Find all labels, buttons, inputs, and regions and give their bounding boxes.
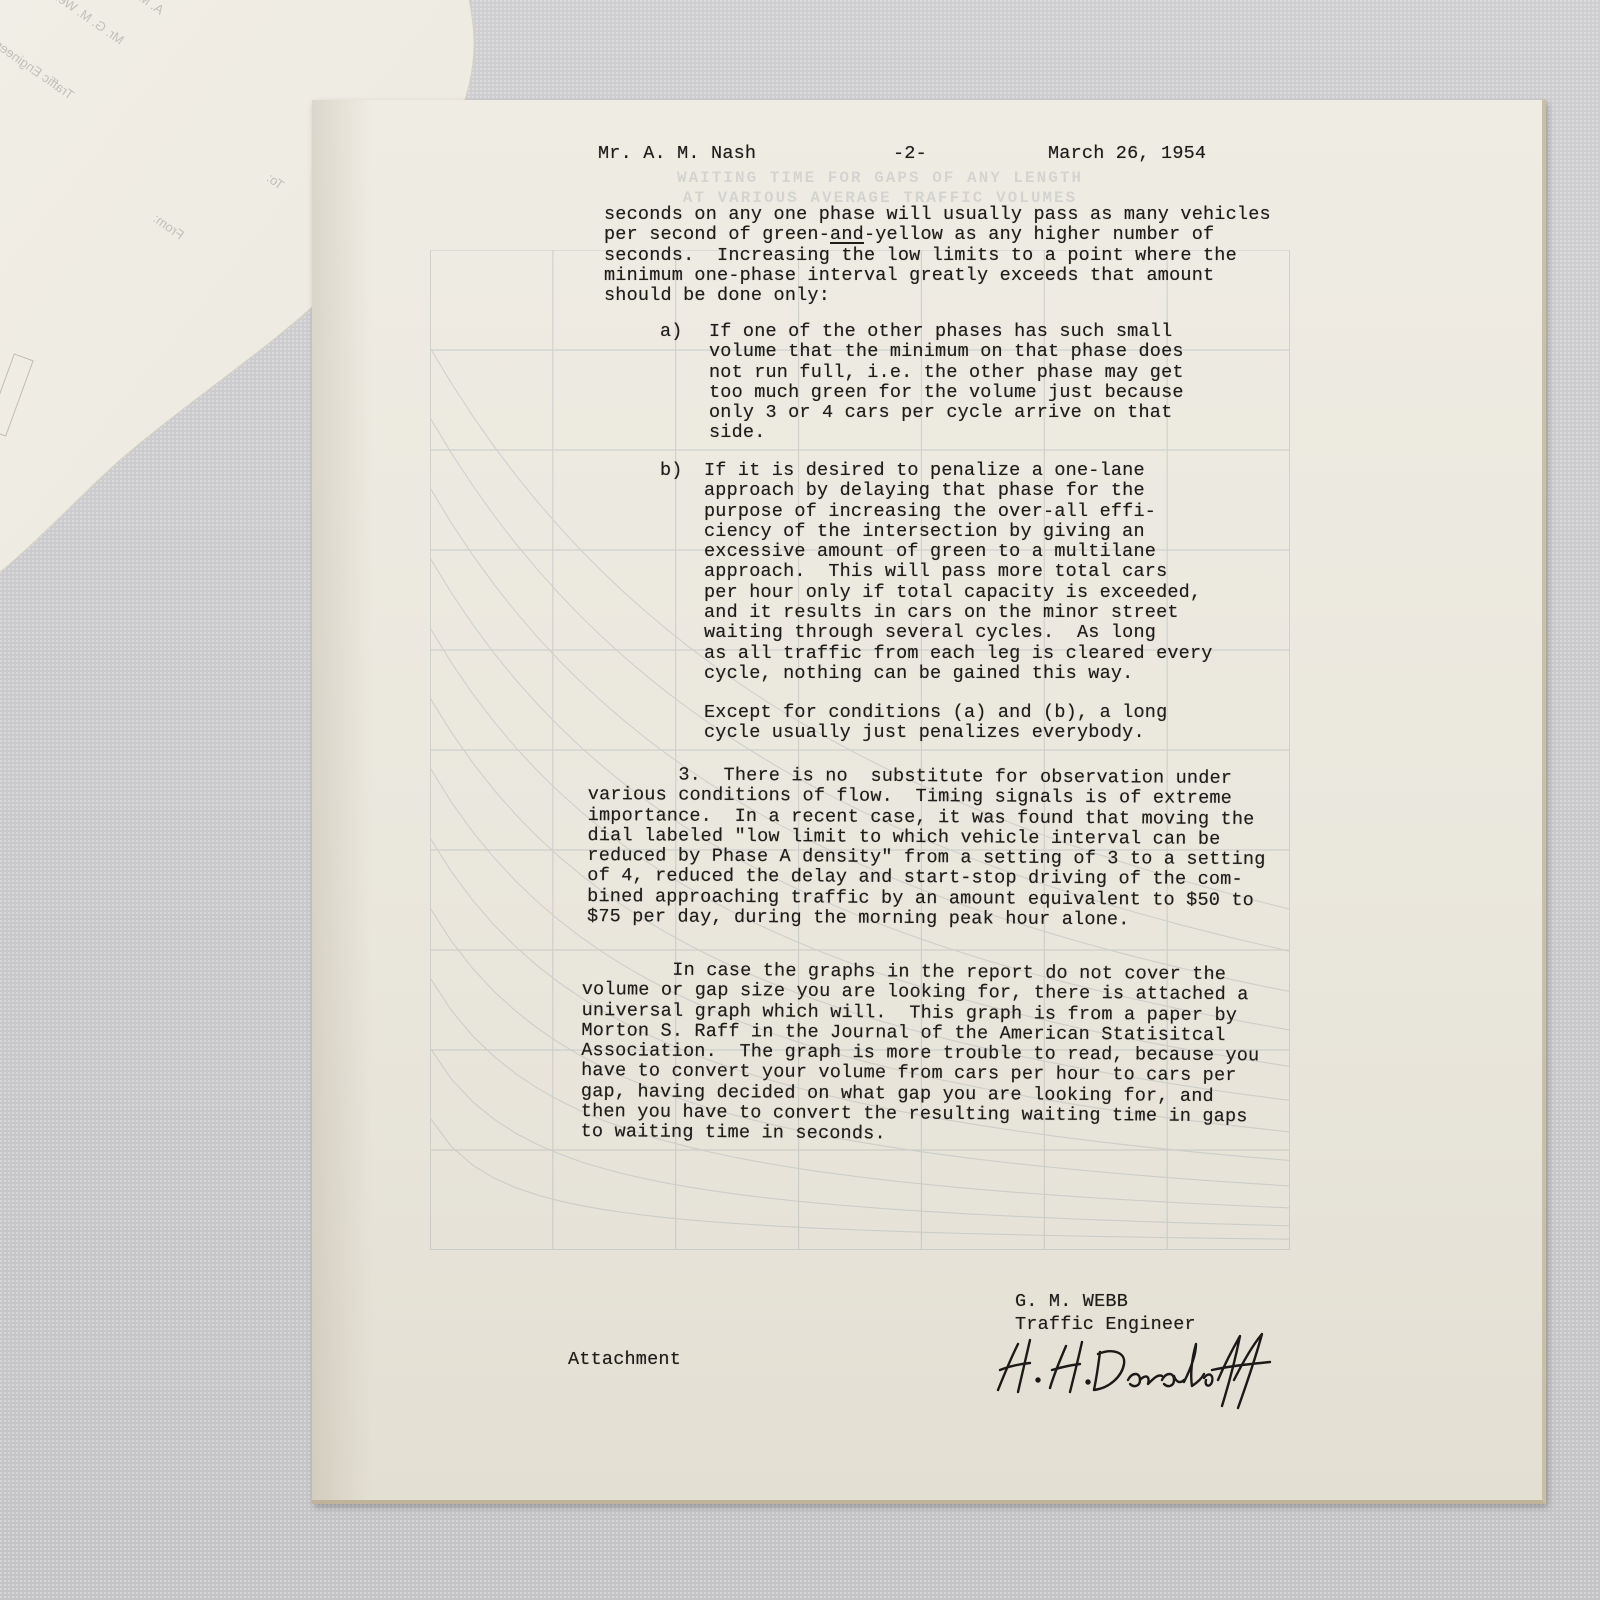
condition-a-label: a) [660, 322, 683, 342]
condition-b-text: If it is desired to penalize a one-lane … [704, 461, 1213, 684]
attachment-note: Attachment [568, 1350, 681, 1370]
svg-text:Traffic Engineer: Traffic Engineer [0, 38, 77, 103]
continuation-paragraph: seconds on any one phase will usually pa… [604, 205, 1271, 306]
final-paragraph: In case the graphs in the report do not … [581, 960, 1261, 1148]
svg-text:To:: To: [264, 170, 287, 192]
signatory-name: G. M. WEBB [1015, 1292, 1128, 1312]
letter-date: March 26, 1954 [1048, 144, 1206, 164]
handwritten-signature [990, 1330, 1290, 1410]
underlined-and: and [830, 224, 864, 245]
recipient-name: Mr. A. M. Nash [598, 144, 756, 164]
page-number: -2- [893, 144, 927, 164]
condition-a-text: If one of the other phases has such smal… [709, 322, 1184, 444]
point-3-paragraph: 3. There is no substitute for observatio… [587, 765, 1266, 932]
condition-b-label: b) [660, 461, 683, 481]
svg-text:From:: From: [150, 211, 186, 243]
except-note: Except for conditions (a) and (b), a lon… [704, 703, 1167, 744]
svg-text:Mr. G. M. Webb: Mr. G. M. Webb [44, 0, 127, 47]
svg-text:A. M. Nash: A. M. Nash [106, 0, 167, 17]
